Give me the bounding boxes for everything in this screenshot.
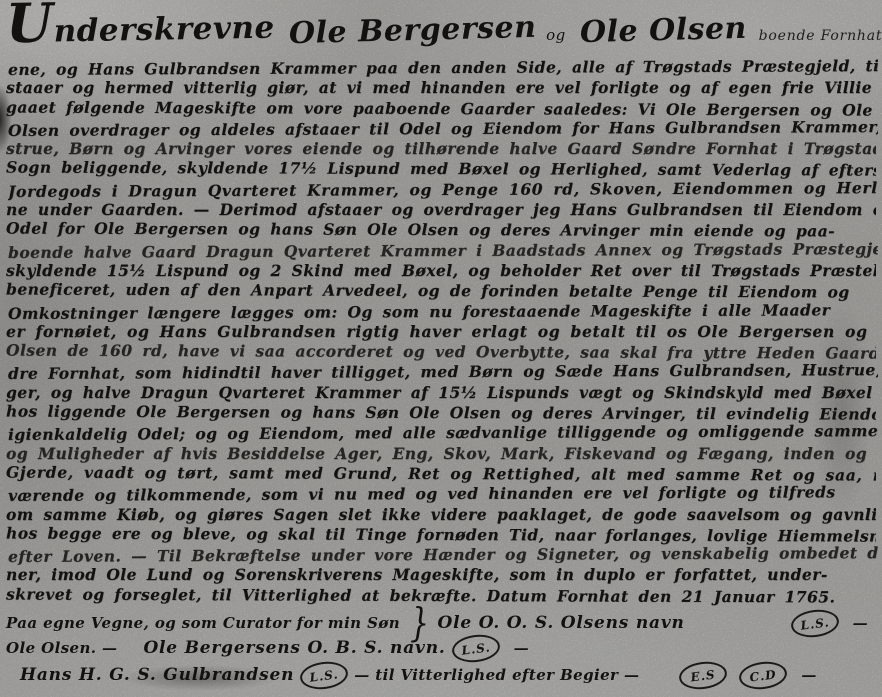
manuscript-page: Underskrevne Ole Bergersen og Ole Olsen … xyxy=(0,0,882,690)
conjunction: og xyxy=(546,26,566,44)
body-line: værende og tilkommende, som vi nu med og… xyxy=(8,482,878,506)
signature-row: Ole Olsen. — Ole Bergersens O. B. S. nav… xyxy=(6,636,876,660)
body-line: boende halve Gaard Dragun Qvarteret Kram… xyxy=(8,239,878,263)
body-line: er fornøiet, og Hans Gulbrandsen rigtig … xyxy=(6,322,876,342)
flourish-dash: — xyxy=(853,614,868,632)
opening-line: Underskrevne Ole Bergersen og Ole Olsen … xyxy=(6,6,876,56)
flourish-dash: — xyxy=(514,639,529,657)
flourish-dash: — xyxy=(801,666,816,684)
dateline: skrevet og forseglet, til Vitterlighed a… xyxy=(6,584,876,607)
body-line: ger, og halve Dragun Qvarteret Krammer a… xyxy=(6,383,876,403)
body-line: Olsen overdrager og aldeles afstaaer til… xyxy=(8,117,878,141)
signature-row: Paa egne Vegne, og som Curator for min S… xyxy=(6,610,876,636)
wax-seal: L.S. xyxy=(299,659,350,692)
manuscript-body: ene, og Hans Gulbrandsen Krammer paa den… xyxy=(6,58,876,606)
body-line: ene, og Hans Gulbrandsen Krammer paa den… xyxy=(8,56,878,80)
curator-note: Paa egne Vegne, og som Curator for min S… xyxy=(6,614,400,632)
body-line: dre Fornhat, som hidindtil haver tilligg… xyxy=(8,361,878,385)
party-name-bergersen: Ole Bergersen xyxy=(288,10,536,51)
witness-seal: E.S xyxy=(678,659,729,692)
party-name-olsen: Ole Olsen xyxy=(579,11,747,50)
body-line: og Muligheder af hvis Besiddelse Ager, E… xyxy=(6,444,876,464)
body-line: staaer og hermed vitterlig giør, at vi m… xyxy=(6,78,876,98)
signature-bergersen: Ole Bergersens O. B. S. navn. xyxy=(143,638,445,658)
grouping-brace: } xyxy=(410,600,430,646)
body-line: strue, Børn og Arvinger vores eiende og … xyxy=(6,139,876,159)
body-line: om samme Kiøb, og giøres Sagen slet ikke… xyxy=(6,505,876,525)
body-line: ne under Gaarden. — Derimod afstaaer og … xyxy=(6,200,876,220)
body-line: igienkaldelig Odel; og og Eiendom, med a… xyxy=(8,421,878,445)
signature-row: Hans H. G. S. Gulbrandsen L.S. — til Vit… xyxy=(20,660,876,690)
body-line: Jordegods i Dragun Qvarteret Krammer, og… xyxy=(8,178,878,202)
body-line: skyldende 15½ Lispund og 2 Skind med Bøx… xyxy=(6,261,876,281)
signature-ole-olsen: Ole Olsen. — xyxy=(6,639,117,657)
opening-line-tail: boende Fornhat paa den xyxy=(759,28,882,44)
body-line: efter Loven. — Til Bekræftelse under vor… xyxy=(8,543,878,567)
opening-word: Underskrevne xyxy=(6,4,275,51)
witness-seal: C.D xyxy=(738,659,789,692)
body-line: beneficeret, uden af den Anpart Arvedeel… xyxy=(6,280,876,303)
signature-gulbrandsen: Hans H. G. S. Gulbrandsen xyxy=(20,665,294,685)
body-line: Omkostninger længere lægges om: Og som n… xyxy=(8,300,878,324)
wax-seal: L.S. xyxy=(789,607,840,640)
signature-block: Paa egne Vegne, og som Curator for min S… xyxy=(6,610,876,690)
signature-olsen: Ole O. O. S. Olsens navn xyxy=(438,613,685,633)
body-line: ner, imod Ole Lund og Sorenskriverens Ma… xyxy=(6,565,876,585)
witness-note: — til Vitterlighed efter Begier — xyxy=(354,666,639,684)
manuscript-scan: Underskrevne Ole Bergersen og Ole Olsen … xyxy=(0,0,882,697)
